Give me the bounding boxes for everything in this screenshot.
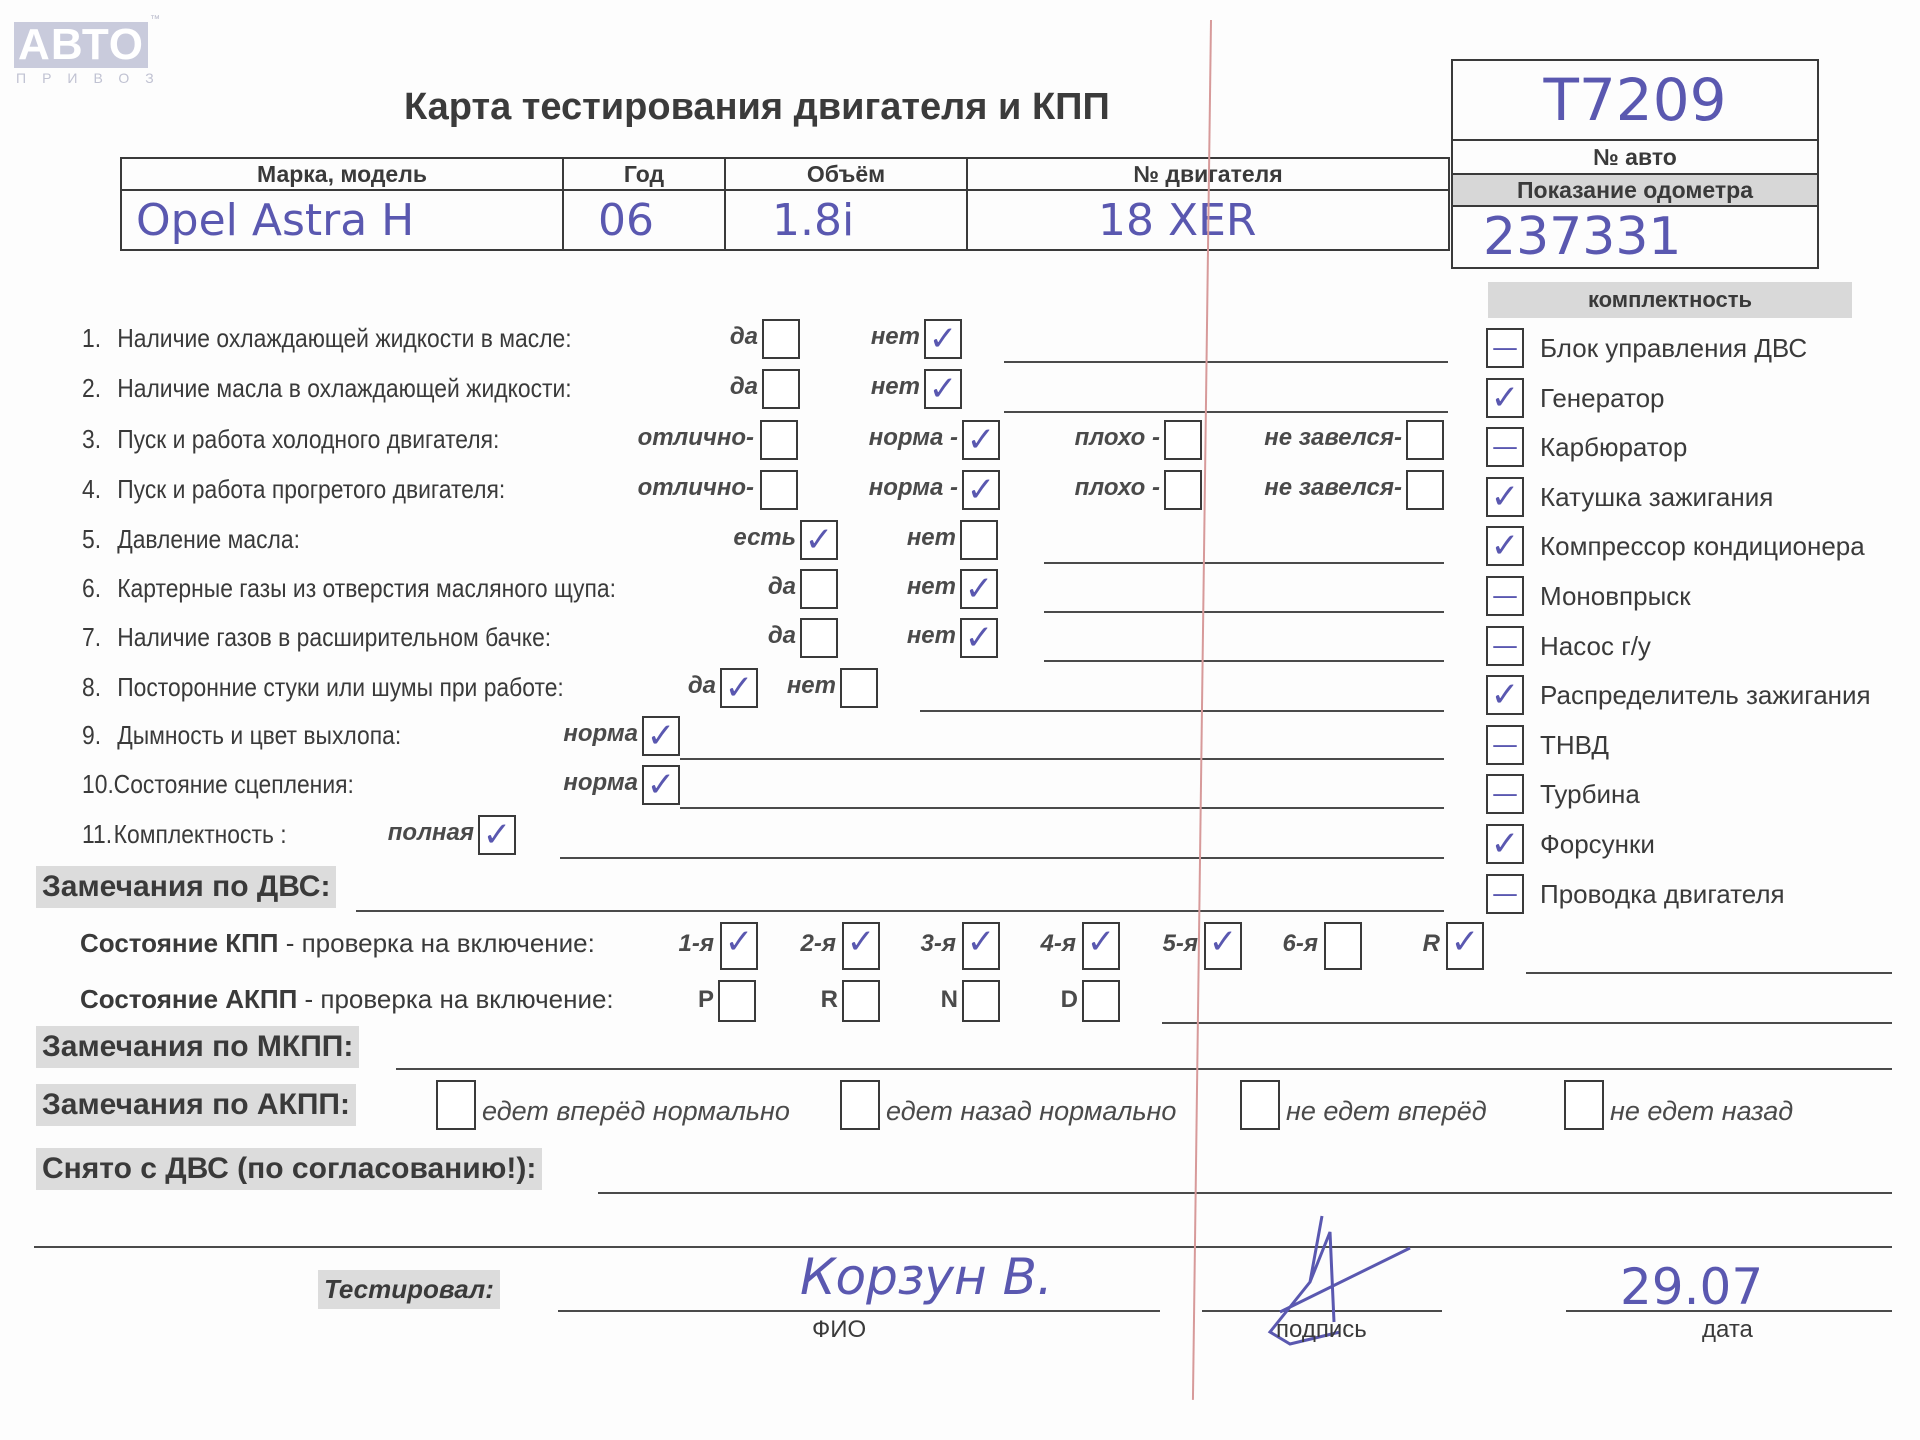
date-field[interactable]: 29.07 [1620,1258,1763,1316]
position-label: P [698,986,714,1014]
auto-position-checkbox-1[interactable] [718,980,756,1022]
check-notes-line[interactable] [680,807,1444,809]
checkbox-4-3[interactable] [1164,470,1202,510]
removed-field[interactable] [598,1192,1892,1194]
completeness-checkbox-4[interactable]: ✓ [1486,477,1524,517]
option-label: да [730,323,758,351]
option-label: нет [871,373,920,401]
vehicle-info-table: Марка, модель Год Объём № двигателя Opel… [120,157,1450,251]
check-notes-line[interactable] [560,857,1444,859]
completeness-item-label: Распределитель зажигания [1540,680,1871,711]
check-row-2: 2.Наличие масла в охлаждающей жидкости: [82,373,572,404]
completeness-item-label: Генератор [1540,383,1665,414]
gear-checkbox-1[interactable]: ✓ [720,922,758,970]
check-label: Состояние сцепления: [114,769,354,799]
checkbox-4-2[interactable]: ✓ [962,470,1000,510]
option-label: полная [388,819,474,847]
volume-field[interactable]: 1.8i [725,190,967,250]
gear-checkbox-4[interactable]: ✓ [1082,922,1120,970]
check-label: Наличие охлаждающей жидкости в масле: [117,323,571,353]
option-label: норма - [869,474,958,502]
checkbox-7-1[interactable] [800,618,838,658]
gear-label: 5-я [1163,930,1198,958]
completeness-item-label: Проводка двигателя [1540,879,1785,910]
mkpp-remarks-label: Замечания по МКПП: [36,1026,359,1068]
gear-label: 6-я [1283,930,1318,958]
checkbox-2-2[interactable]: ✓ [924,369,962,409]
option-label: норма - [869,424,958,452]
checkbox-6-2[interactable]: ✓ [960,569,998,609]
check-number: 1. [82,323,117,354]
date-caption: дата [1702,1316,1753,1344]
check-label: Пуск и работа прогретого двигателя: [117,474,505,504]
removed-label: Снято с ДВС (по согласованию!): [36,1148,542,1190]
gear-label: R [1423,930,1440,958]
option-label: нет [907,573,956,601]
check-row-7: 7.Наличие газов в расширительном бачке: [82,622,551,653]
model-field[interactable]: Opel Astra H [121,190,563,250]
completeness-item-label: Компрессор кондиционера [1540,531,1865,562]
completeness-checkbox-1[interactable]: — [1486,328,1524,368]
gear-checkbox-5[interactable]: ✓ [1204,922,1242,970]
akpp-option-label: не едет вперёд [1286,1096,1487,1127]
check-notes-line[interactable] [920,710,1444,712]
check-row-4: 4.Пуск и работа прогретого двигателя: [82,474,505,505]
tested-by-label: Тестировал: [318,1270,500,1309]
gear-label: 3-я [921,930,956,958]
gear-checkbox-7[interactable]: ✓ [1446,922,1484,970]
akpp-option-label: едет вперёд нормально [482,1096,790,1127]
completeness-checkbox-12[interactable]: — [1486,874,1524,914]
engine-remarks-field[interactable] [356,910,1444,912]
checkbox-1-1[interactable] [762,319,800,359]
checkbox-3-2[interactable]: ✓ [962,420,1000,460]
checkbox-1-2[interactable]: ✓ [924,319,962,359]
option-label: да [768,573,796,601]
auto-position-checkbox-2[interactable] [842,980,880,1022]
car-info-box: T7209 № авто Показание одометра 237331 [1451,59,1819,269]
gear-checkbox-2[interactable]: ✓ [842,922,880,970]
check-label: Комплектность : [114,819,287,849]
check-number: 8. [82,672,117,703]
checkbox-10-1[interactable]: ✓ [642,765,680,805]
check-label: Картерные газы из отверстия масляного щу… [117,573,616,603]
completeness-item-label: Форсунки [1540,829,1655,860]
mkpp-remarks-field[interactable] [396,1068,1892,1070]
checkbox-9-1[interactable]: ✓ [642,716,680,756]
checkbox-3-1[interactable] [760,420,798,460]
option-label: да [768,622,796,650]
auto-position-checkbox-4[interactable] [1082,980,1120,1022]
checkbox-2-1[interactable] [762,369,800,409]
car-number-label: № авто [1453,141,1817,175]
completeness-checkbox-7[interactable]: — [1486,626,1524,666]
check-label: Наличие масла в охлаждающей жидкости: [117,373,571,403]
completeness-item-label: Моновпрыск [1540,581,1691,612]
checkbox-7-2[interactable]: ✓ [960,618,998,658]
check-number: 9. [82,720,117,751]
check-row-9: 9.Дымность и цвет выхлопа: [82,720,401,751]
option-label: есть [733,524,796,552]
column-header-year: Год [563,158,725,190]
option-label: норма [563,720,638,748]
option-label: норма [563,769,638,797]
odometer-field[interactable]: 237331 [1453,207,1847,267]
position-label: R [821,986,838,1014]
gear-checkbox-3[interactable]: ✓ [962,922,1000,970]
gear-label: 4-я [1041,930,1076,958]
tester-name-field[interactable]: Корзун В. [800,1248,1053,1306]
check-number: 6. [82,573,117,604]
check-label: Давление масла: [117,524,300,554]
akpp-option-checkbox-4[interactable] [1564,1080,1604,1130]
checkbox-3-4[interactable] [1406,420,1444,460]
engine-remarks-label: Замечания по ДВС: [36,866,336,908]
check-row-5: 5.Давление масла: [82,524,300,555]
akpp-option-label: не едет назад [1610,1096,1793,1127]
check-row-11: 11.Комплектность : [82,819,287,850]
completeness-item-label: Карбюратор [1540,432,1687,463]
option-label: да [730,373,758,401]
checkbox-5-1[interactable]: ✓ [800,520,838,560]
checkbox-6-1[interactable] [800,569,838,609]
option-label: нет [907,622,956,650]
option-label: не завелся- [1264,424,1402,452]
completeness-checkbox-6[interactable]: — [1486,576,1524,616]
akpp-option-label: едет назад нормально [886,1096,1176,1127]
position-label: N [941,986,958,1014]
completeness-checkbox-2[interactable]: ✓ [1486,378,1524,418]
gear-label: 2-я [801,930,836,958]
check-label: Наличие газов в расширительном бачке: [117,622,551,652]
tester-name-line [558,1310,1160,1312]
completeness-checkbox-11[interactable]: ✓ [1486,824,1524,864]
option-label: плохо - [1075,424,1160,452]
tester-name-caption: ФИО [812,1316,866,1344]
option-label: нет [787,672,836,700]
option-label: отлично- [638,424,754,452]
check-number: 7. [82,622,117,653]
akpp-option-checkbox-3[interactable] [1240,1080,1280,1130]
check-number: 11. [82,819,114,850]
check-row-10: 10.Состояние сцепления: [82,769,354,800]
check-notes-line[interactable] [1004,411,1448,413]
column-header-model: Марка, модель [121,158,563,190]
check-number: 10. [82,769,114,800]
signature-caption: подпись [1276,1316,1367,1344]
checkbox-11-1[interactable]: ✓ [478,815,516,855]
check-row-8: 8.Посторонние стуки или шумы при работе: [82,672,564,703]
completeness-item-label: Катушка зажигания [1540,482,1773,513]
completeness-checkbox-9[interactable]: — [1486,725,1524,765]
option-label: нет [871,323,920,351]
checkbox-3-3[interactable] [1164,420,1202,460]
completeness-item-label: Турбина [1540,779,1640,810]
check-notes-line[interactable] [1004,361,1448,363]
auto-position-checkbox-3[interactable] [962,980,1000,1022]
gear-label: 1-я [679,930,714,958]
auto-gearbox-notes-line[interactable] [1162,1022,1892,1024]
check-number: 3. [82,424,117,455]
check-number: 4. [82,474,117,505]
akpp-remarks-label: Замечания по АКПП: [36,1084,356,1126]
completeness-title: комплектность [1488,282,1852,318]
completeness-checkbox-5[interactable]: ✓ [1486,526,1524,566]
check-number: 5. [82,524,117,555]
check-label: Дымность и цвет выхлопа: [117,720,401,750]
logo: АВТО [14,22,148,68]
checkbox-8-2[interactable] [840,668,878,708]
completeness-checkbox-10[interactable]: — [1486,774,1524,814]
check-row-6: 6.Картерные газы из отверстия масляного … [82,573,616,604]
year-field[interactable]: 06 [563,190,725,250]
option-label: отлично- [638,474,754,502]
manual-gearbox-notes-line[interactable] [1526,972,1892,974]
odometer-label: Показание одометра [1453,175,1817,207]
option-label: плохо - [1075,474,1160,502]
akpp-option-checkbox-2[interactable] [840,1080,880,1130]
option-label: не завелся- [1264,474,1402,502]
page-title: Карта тестирования двигателя и КПП [404,86,1110,129]
akpp-option-checkbox-1[interactable] [436,1080,476,1130]
check-notes-line[interactable] [1044,660,1444,662]
check-label: Пуск и работа холодного двигателя: [117,424,499,454]
position-label: D [1061,986,1078,1014]
check-number: 2. [82,373,117,404]
column-header-volume: Объём [725,158,967,190]
auto-gearbox-label: Состояние АКПП - проверка на включение: [80,984,614,1015]
logo-trademark: ™ [150,14,160,25]
car-number-field[interactable]: T7209 [1453,61,1817,141]
completeness-item-label: Насос г/у [1540,631,1651,662]
check-notes-line[interactable] [1044,562,1444,564]
option-label: да [688,672,716,700]
logo-subtitle: ПРИВОЗ [16,70,170,86]
checkbox-5-2[interactable] [960,520,998,560]
completeness-item-label: Блок управления ДВС [1540,333,1807,364]
manual-gearbox-label: Состояние КПП - проверка на включение: [80,928,595,959]
checkbox-4-4[interactable] [1406,470,1444,510]
completeness-checkbox-8[interactable]: ✓ [1486,675,1524,715]
completeness-item-label: ТНВД [1540,730,1609,761]
option-label: нет [907,524,956,552]
check-label: Посторонние стуки или шумы при работе: [117,672,564,702]
completeness-checkbox-3[interactable]: — [1486,427,1524,467]
checkbox-4-1[interactable] [760,470,798,510]
checkbox-8-1[interactable]: ✓ [720,668,758,708]
check-notes-line[interactable] [1044,611,1444,613]
check-row-3: 3.Пуск и работа холодного двигателя: [82,424,499,455]
check-row-1: 1.Наличие охлаждающей жидкости в масле: [82,323,572,354]
gear-checkbox-6[interactable] [1324,922,1362,970]
check-notes-line[interactable] [680,758,1444,760]
